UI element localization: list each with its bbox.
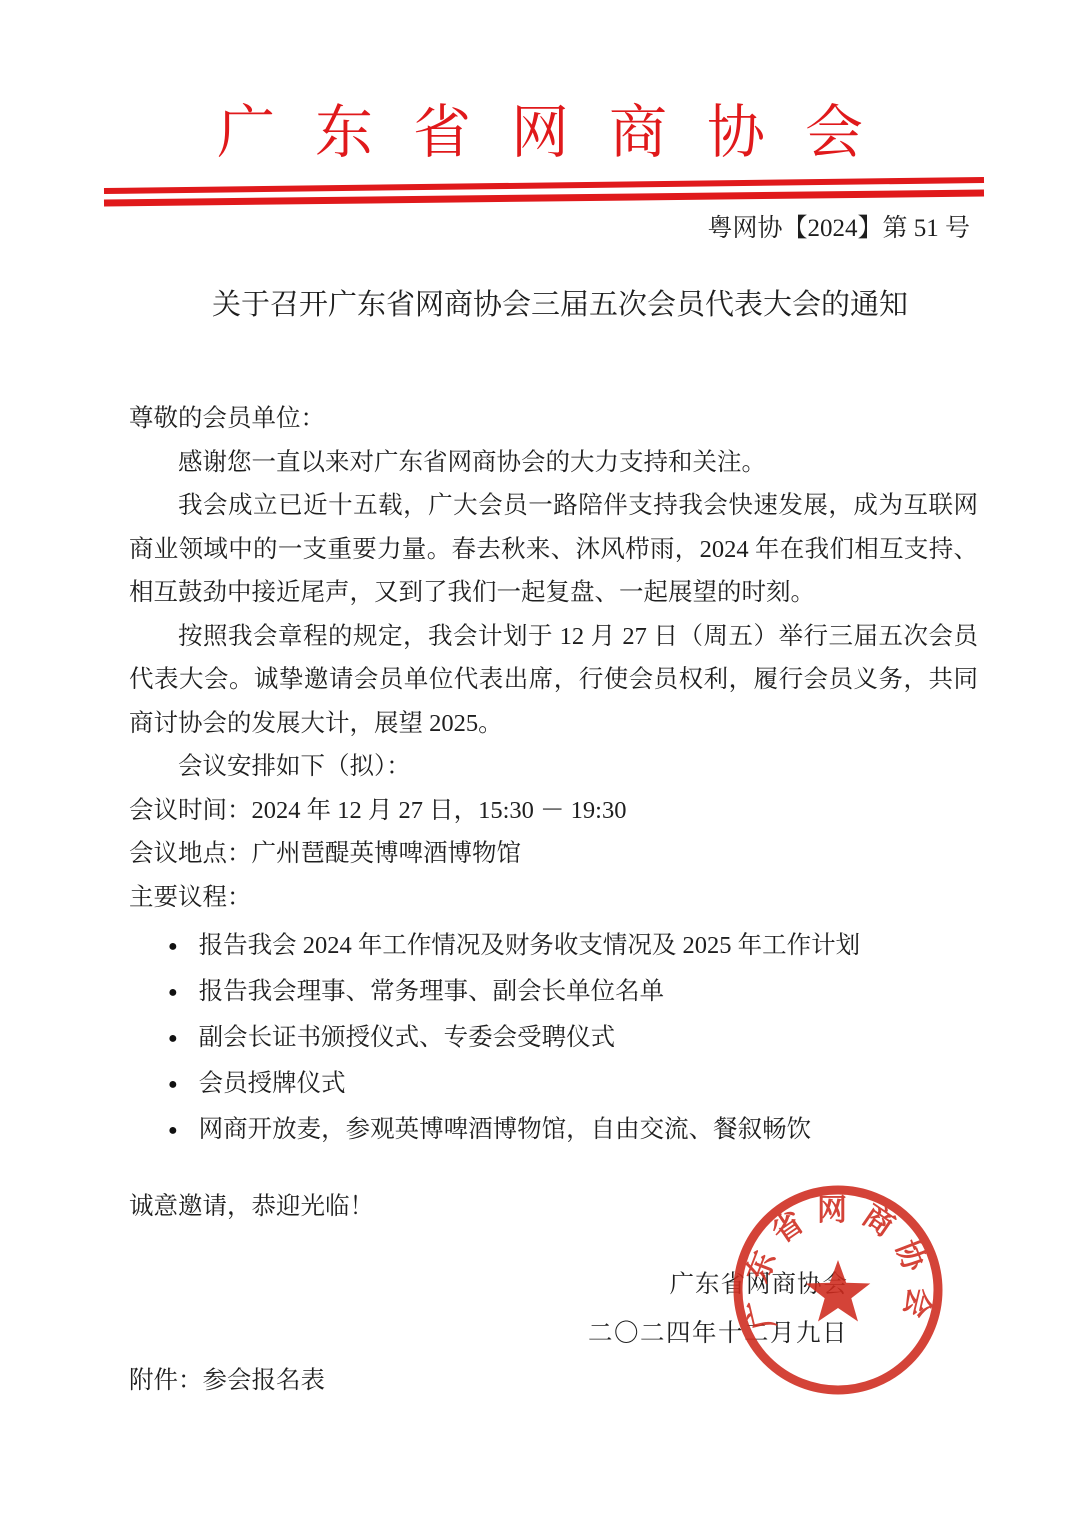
seal-star-icon [806, 1260, 871, 1322]
agenda-heading: 主要议程： [129, 876, 978, 920]
agenda-item: ●报告我会 2024 年工作情况及财务收支情况及 2025 年工作计划 [129, 923, 978, 969]
agenda-item-text: 网商开放麦，参观英博啤酒博物馆，自由交流、餐叙畅饮 [199, 1116, 812, 1143]
paragraph-announcement: 按照我会章程的规定，我会计划于 12 月 27 日（周五）举行三届五次会员代表大… [129, 615, 978, 746]
paragraph-arrangement-intro: 会议安排如下（拟）： [129, 745, 978, 789]
bullet-icon: ● [168, 938, 178, 955]
agenda-item-text: 报告我会理事、常务理事、副会长单位名单 [199, 978, 665, 1005]
agenda-item: ●会员授牌仪式 [129, 1061, 978, 1107]
agenda-item-text: 副会长证书颁授仪式、专委会受聘仪式 [199, 1024, 616, 1051]
agenda-item: ●报告我会理事、常务理事、副会长单位名单 [129, 969, 978, 1015]
bullet-icon: ● [168, 1122, 178, 1139]
agenda-item-text: 会员授牌仪式 [199, 1070, 346, 1097]
red-rule-lines [102, 176, 986, 212]
red-rule-top [104, 180, 984, 191]
document-page: 广东省网商协会 粤网协【2024】第 51 号 关于召开广东省网商协会三届五次会… [0, 0, 1080, 1527]
salutation: 尊敬的会员单位： [129, 397, 978, 441]
agenda-item-text: 报告我会 2024 年工作情况及财务收支情况及 2025 年工作计划 [199, 932, 861, 959]
doc-number: 粤网协【2024】第 51 号 [0, 214, 1080, 244]
meeting-time: 会议时间：2024 年 12 月 27 日，15:30 － 19:30 [129, 789, 978, 833]
bullet-icon: ● [168, 984, 178, 1001]
agenda-item: ●副会长证书颁授仪式、专委会受聘仪式 [129, 1015, 978, 1061]
notice-title: 关于召开广东省网商协会三届五次会员代表大会的通知 [0, 286, 1080, 324]
red-rule-bottom [104, 193, 984, 203]
official-seal: 广东省网商协会 [718, 1170, 958, 1410]
letterhead-org-name: 广东省网商协会 [0, 100, 1080, 166]
agenda-item: ●网商开放麦，参观英博啤酒博物馆，自由交流、餐叙畅饮 [129, 1107, 978, 1153]
paragraph-review: 我会成立已近十五载，广大会员一路陪伴支持我会快速发展，成为互联网商业领域中的一支… [129, 484, 978, 615]
agenda-list: ●报告我会 2024 年工作情况及财务收支情况及 2025 年工作计划 ●报告我… [129, 923, 978, 1153]
meeting-location: 会议地点：广州琶醍英博啤酒博物馆 [129, 832, 978, 876]
paragraph-thanks: 感谢您一直以来对广东省网商协会的大力支持和关注。 [129, 441, 978, 485]
bullet-icon: ● [168, 1076, 178, 1093]
bullet-icon: ● [168, 1030, 178, 1047]
